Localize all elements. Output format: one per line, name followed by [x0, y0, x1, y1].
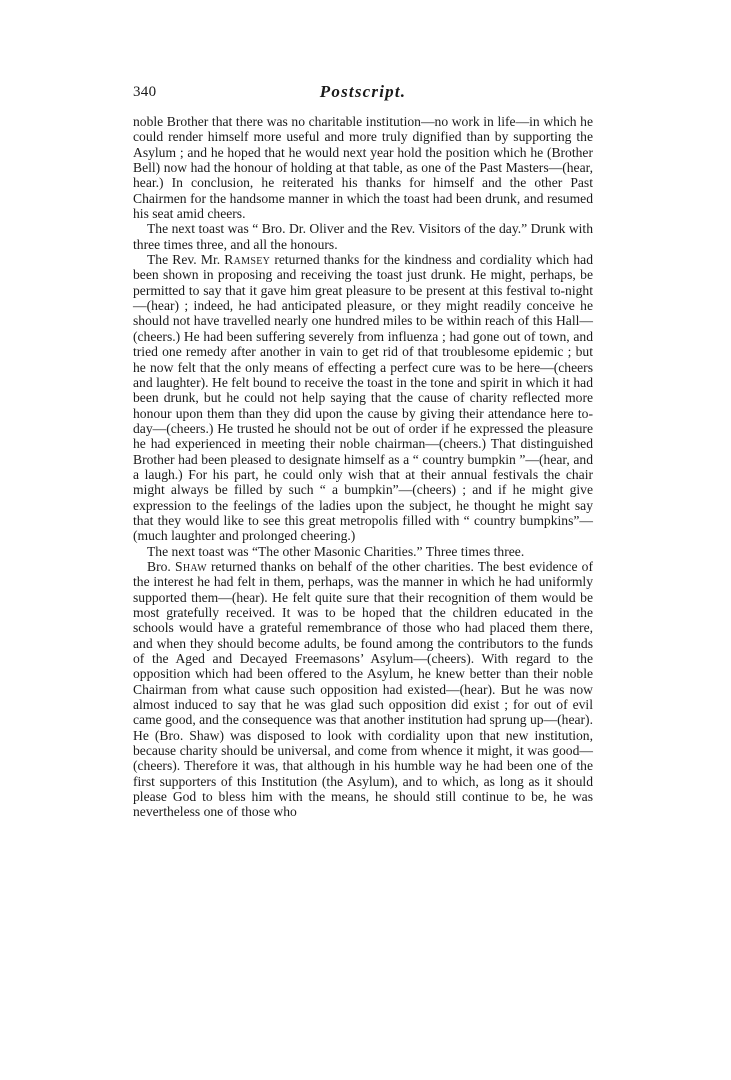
paragraph-2: The next toast was “ Bro. Dr. Oliver and…: [133, 221, 593, 252]
body-text: noble Brother that there was no charitab…: [133, 114, 593, 820]
paragraph-1: noble Brother that there was no charitab…: [133, 114, 593, 221]
paragraph-5: Bro. Shaw returned thanks on behalf of t…: [133, 559, 593, 820]
paragraph-lead: Bro.: [147, 559, 175, 574]
paragraph-text: returned thanks on behalf of the other c…: [133, 559, 593, 820]
paragraph-text: The next toast was “ Bro. Dr. Oliver and…: [133, 221, 593, 251]
speaker-name: Ramsey: [224, 252, 270, 267]
paragraph-text: The next toast was “The other Masonic Ch…: [147, 544, 524, 559]
paragraph-text: returned thanks for the kindness and cor…: [133, 252, 593, 543]
paragraph-text: noble Brother that there was no charitab…: [133, 114, 593, 221]
speaker-name: Shaw: [175, 559, 207, 574]
document-page: 340 Postscript. noble Brother that there…: [133, 82, 593, 820]
paragraph-3: The Rev. Mr. Ramsey returned thanks for …: [133, 252, 593, 544]
running-head: 340 Postscript.: [133, 82, 593, 108]
paragraph-lead: The Rev. Mr.: [147, 252, 224, 267]
running-title: Postscript.: [133, 82, 593, 102]
paragraph-4: The next toast was “The other Masonic Ch…: [133, 544, 593, 559]
